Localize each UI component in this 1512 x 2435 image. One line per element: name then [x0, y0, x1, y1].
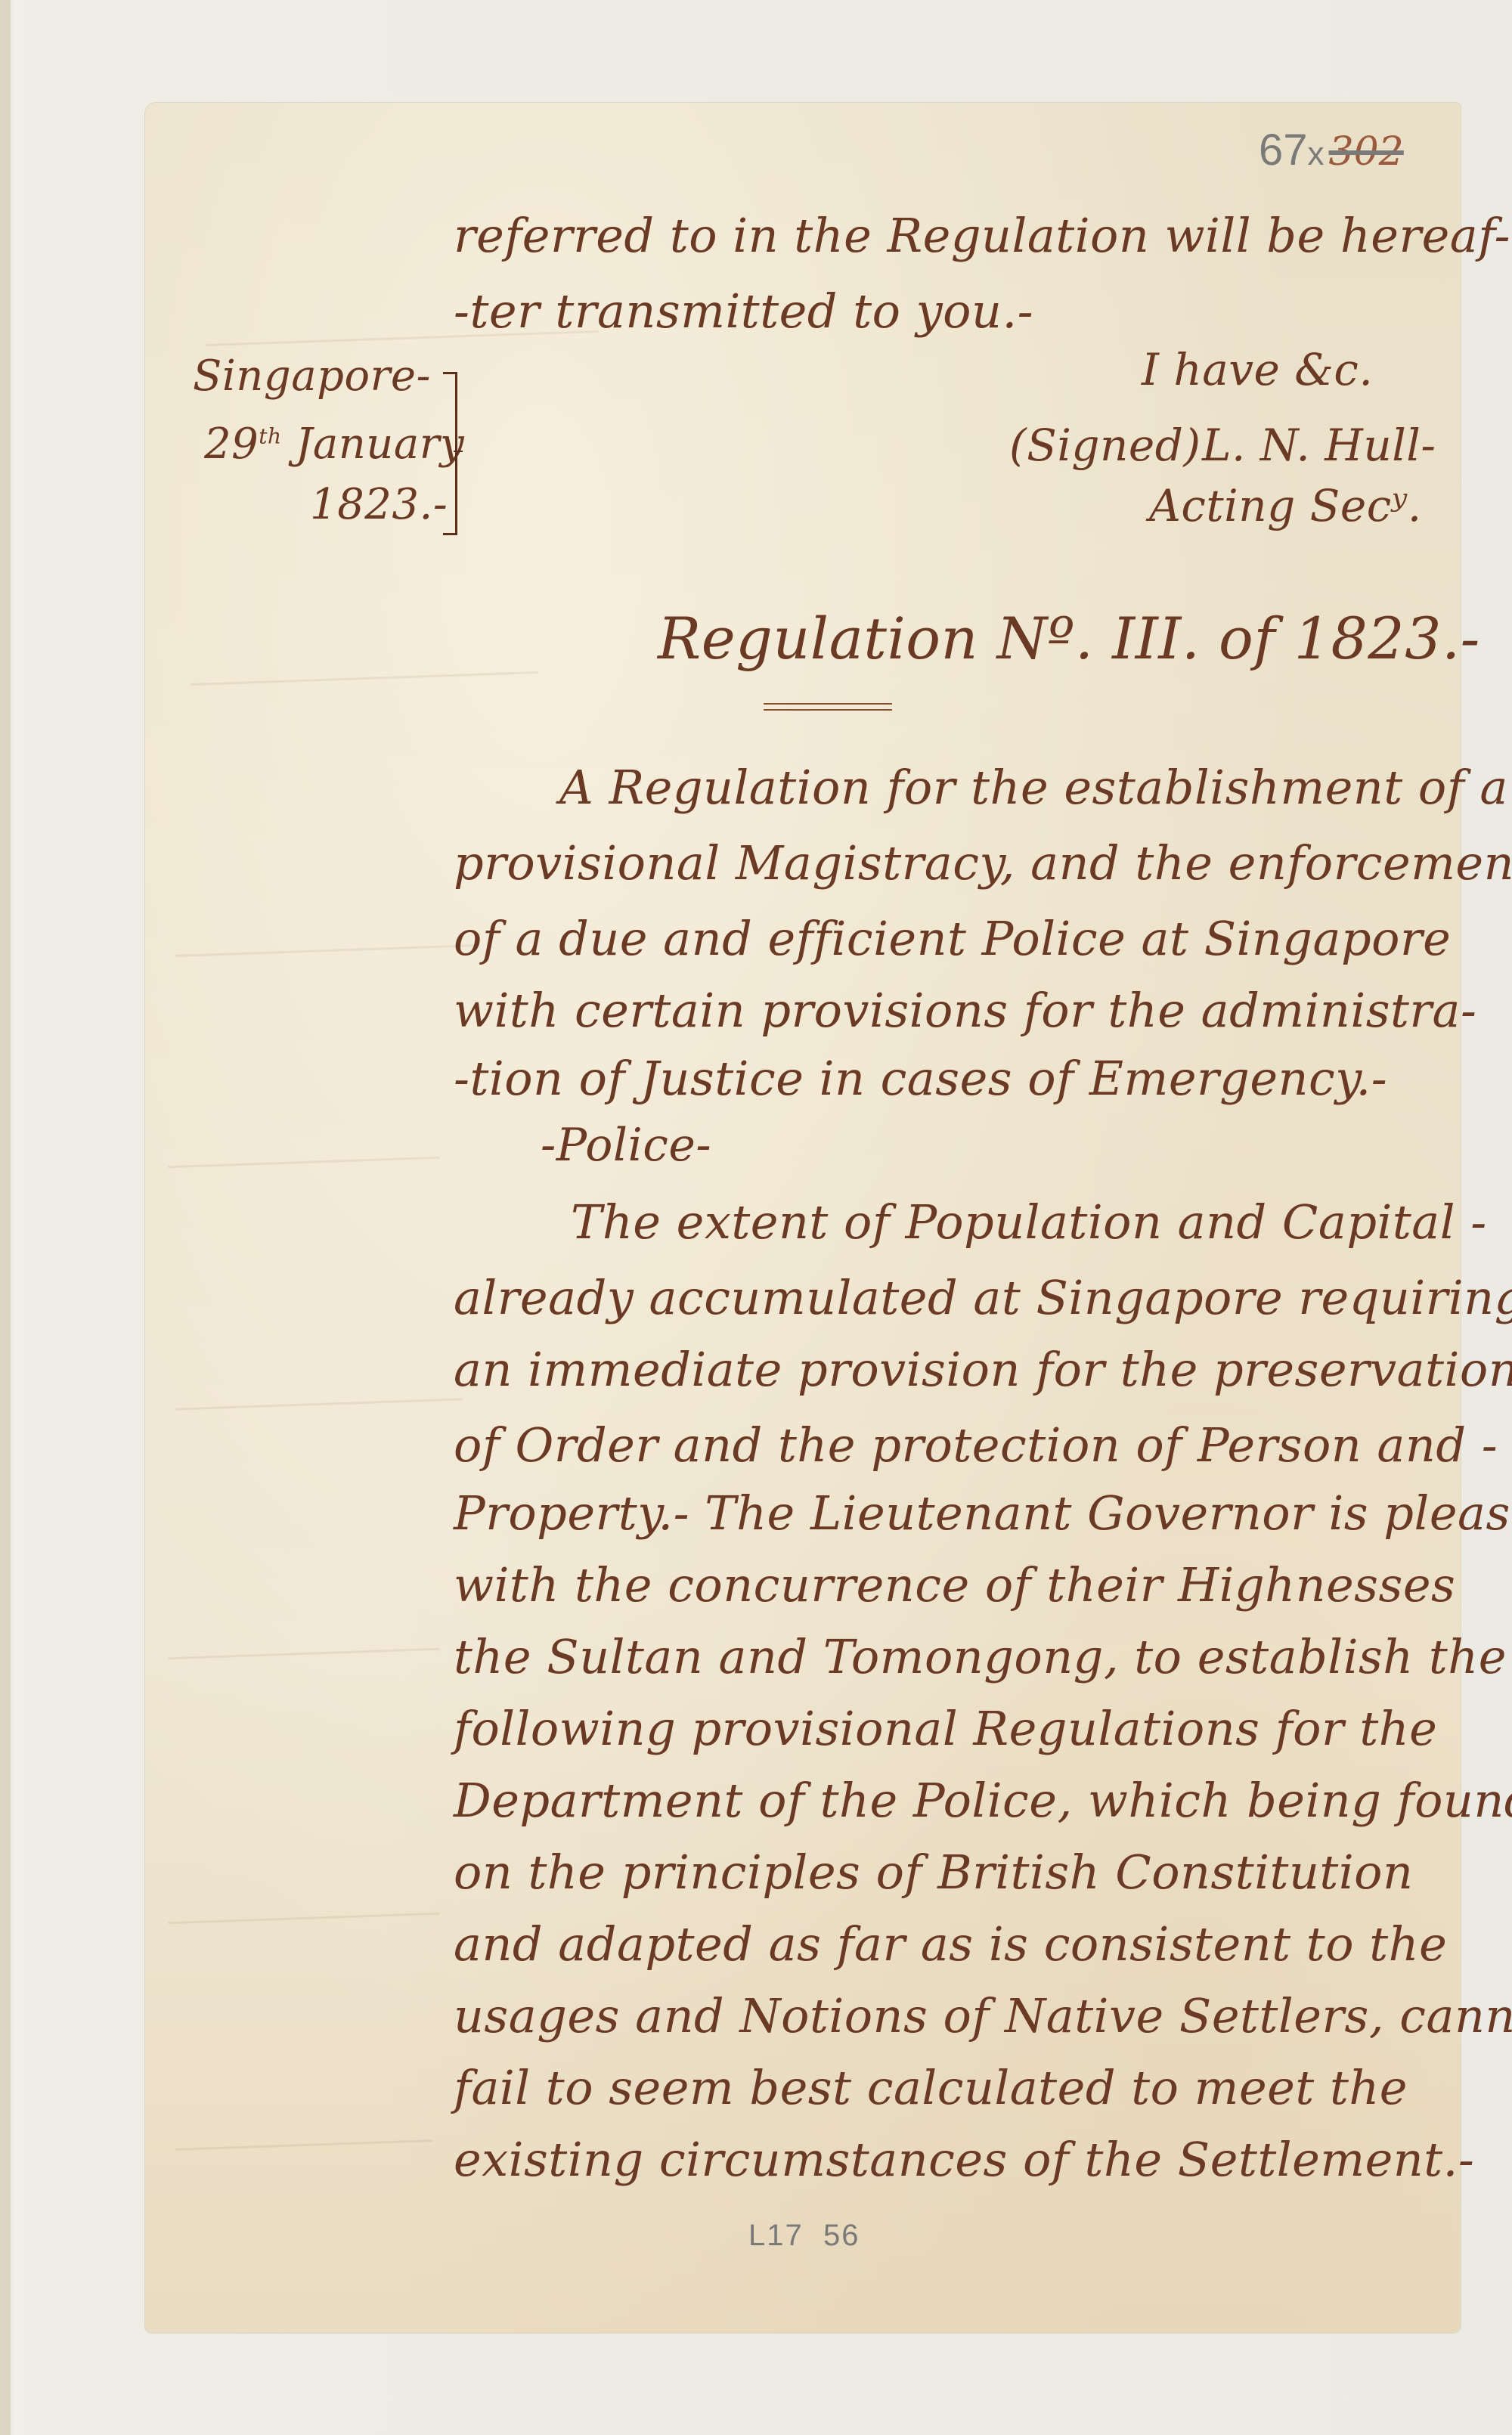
bleed-through-mark	[175, 1398, 463, 1410]
body-line: on the principles of British Constitutio…	[454, 1845, 1413, 1900]
body-line: The extent of Population and Capital -	[571, 1194, 1487, 1250]
dateline-place: Singapore-	[193, 355, 431, 398]
preamble-line: with certain provisions for the administ…	[454, 983, 1476, 1038]
body-line: usages and Notions of Native Settlers, c…	[454, 1988, 1512, 2043]
closing-salutation: I have &c.	[1142, 344, 1373, 395]
bracket-tip	[454, 451, 463, 452]
signatory-title: Acting Secʸ.	[1149, 480, 1422, 531]
dateline-year: 1823.-	[310, 484, 448, 526]
binding-edge	[0, 0, 11, 2435]
signed-label: (Signed)	[1009, 420, 1201, 471]
continuation-line-1: referred to in the Regulation will be he…	[454, 208, 1510, 263]
heading-underline	[764, 703, 892, 711]
body-line: Department of the Police, which being fo…	[454, 1773, 1512, 1828]
preamble-line: A Regulation for the establishment of a	[559, 760, 1508, 815]
folio-number: 67x302	[1259, 125, 1404, 175]
dateline-month: January	[296, 420, 464, 469]
body-line: the Sultan and Tomongong, to establish t…	[454, 1629, 1507, 1684]
body-line: and adapted as far as is consistent to t…	[454, 1916, 1447, 1972]
bleed-through-mark	[175, 2139, 432, 2151]
body-line: fail to seem best calculated to meet the	[454, 2060, 1408, 2115]
bleed-through-mark	[168, 1913, 440, 1925]
bleed-through-mark	[175, 944, 478, 957]
dateline-date: 29th January	[204, 423, 464, 466]
bleed-through-mark	[191, 671, 538, 686]
archive-reference-mark: L17 56	[748, 2219, 860, 2253]
body-line: following provisional Regulations for th…	[454, 1701, 1437, 1756]
bleed-through-mark	[168, 1648, 440, 1660]
bleed-through-mark	[168, 1157, 440, 1169]
body-line: already accumulated at Singapore requiri…	[454, 1270, 1512, 1325]
folio-separator: x	[1308, 135, 1325, 172]
dateline-day: 29	[204, 420, 259, 469]
body-line: of Order and the protection of Person an…	[454, 1417, 1498, 1473]
folio-pencil-number: 67	[1259, 125, 1308, 175]
signatory-name: L. N. Hull-	[1202, 420, 1436, 471]
body-line: with the concurrence of their Highnesses	[454, 1557, 1455, 1612]
body-line: Property.- The Lieutenant Governor is pl…	[454, 1485, 1512, 1541]
preamble-line: provisional Magistracy, and the enforcem…	[454, 835, 1512, 891]
body-line: an immediate provision for the preservat…	[454, 1342, 1512, 1397]
body-line: existing circumstances of the Settlement…	[454, 2132, 1474, 2187]
folio-struck-number: 302	[1329, 129, 1404, 175]
bracket-mark	[443, 372, 457, 535]
dateline-day-suffix: th	[259, 423, 281, 448]
preamble-line: -tion of Justice in cases of Emergency.-	[454, 1051, 1387, 1106]
preamble-line: of a due and efficient Police at Singapo…	[454, 911, 1451, 966]
section-title-police: -Police-	[541, 1119, 711, 1172]
regulation-heading: Regulation Nº. III. of 1823.-	[658, 605, 1480, 672]
continuation-line-2: -ter transmitted to you.-	[454, 283, 1033, 339]
